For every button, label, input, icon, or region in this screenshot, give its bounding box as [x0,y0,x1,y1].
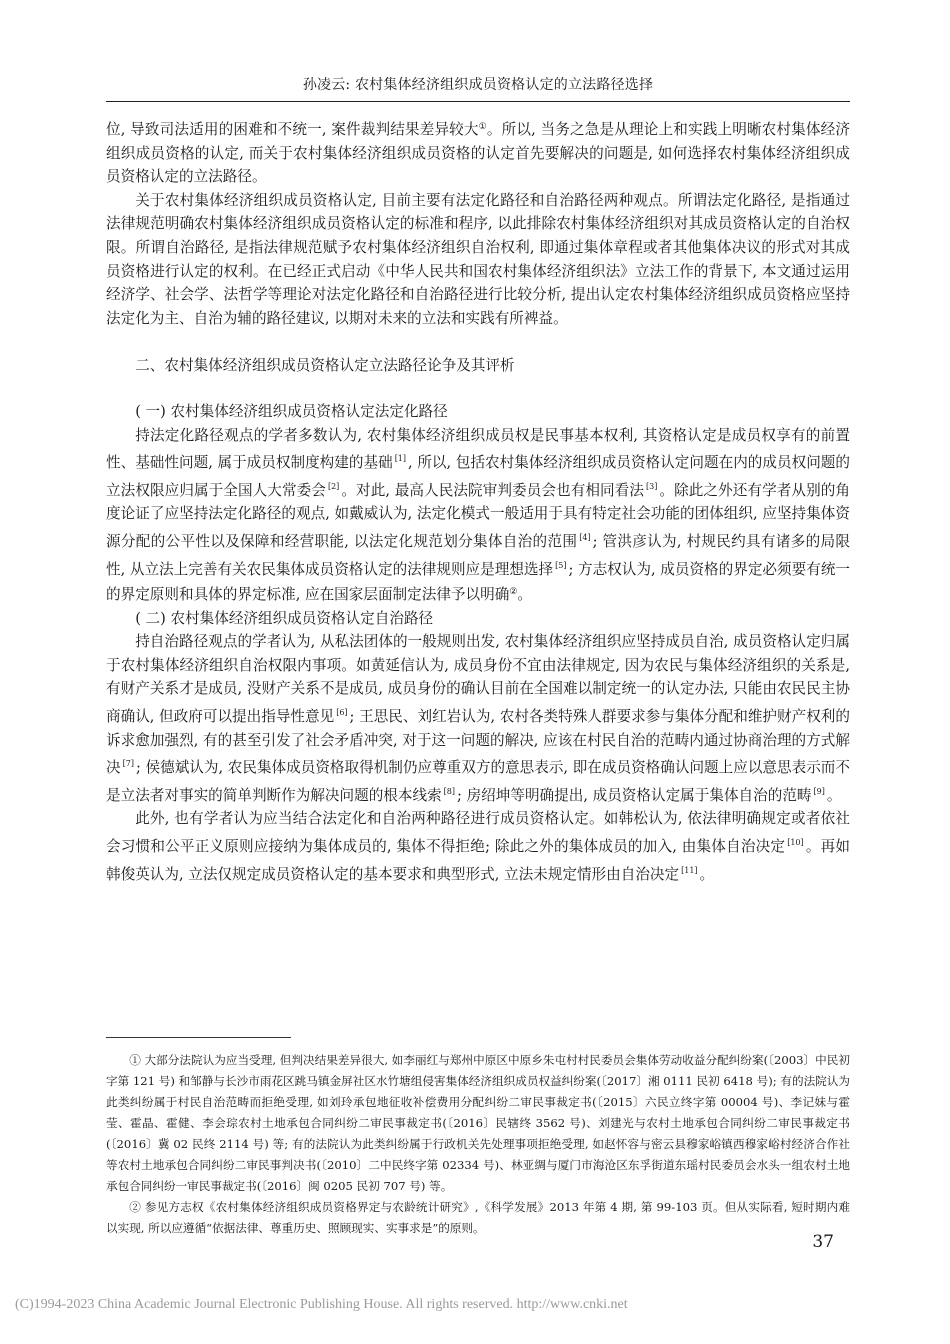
footnotes: ① 大部分法院认为应当受理, 但判决结果差异很大, 如李丽红与郑州中原区中原乡朱… [106,1050,850,1239]
running-title: 孙凌云: 农村集体经济组织成员资格认定的立法路径选择 [106,74,850,94]
citation-ref[interactable]: [10] [785,838,805,847]
page-number: 37 [812,1232,834,1252]
citation-ref[interactable]: [6] [334,708,349,717]
citation-ref[interactable]: [11] [679,866,699,875]
paragraph: 位, 导致司法适用的困难和不统一, 案件裁判结果差异较大①。所以, 当务之急是从… [106,116,850,189]
section-heading: 二、农村集体经济组织成员资格认定立法路径论争及其评析 [106,354,850,378]
text: 此外, 也有学者认为应当结合法定化和自治两种路径进行成员资格认定。如韩松认为, … [106,810,850,855]
paragraph: 关于农村集体经济组织成员资格认定, 目前主要有法定化路径和自治路径两种观点。所谓… [106,189,850,331]
text: 。 [517,586,532,603]
citation-ref[interactable]: [4] [577,533,592,542]
subsection-heading: ( 二) 农村集体经济组织成员资格认定自治路径 [106,607,850,631]
footnote-text: 大部分法院认为应当受理, 但判决结果差异很大, 如李丽红与郑州中原区中原乡朱屯村… [106,1053,850,1193]
text: 。 [700,866,715,883]
citation-ref[interactable]: [9] [812,787,827,796]
subsection-heading: ( 一) 农村集体经济组织成员资格认定法定化路径 [106,400,850,424]
citation-ref[interactable]: [5] [553,561,568,570]
footnote-text: 参见方志权《农村集体经济组织成员资格界定与农龄统计研究》,《科学发展》2013 … [106,1200,850,1235]
citation-ref[interactable]: [2] [326,482,341,491]
header-rule [106,101,850,102]
copyright-notice: (C)1994-2023 China Academic Journal Elec… [15,1297,628,1313]
footnote-rule [106,1037,291,1038]
paragraph: 此外, 也有学者认为应当结合法定化和自治两种路径进行成员资格认定。如韩松认为, … [106,807,850,886]
citation-ref[interactable]: [1] [393,454,408,463]
paragraph: 持自治路径观点的学者认为, 从私法团体的一般规则出发, 农村集体经济组织应坚持成… [106,630,850,807]
text: 。对此, 最高人民法院审判委员会也有相同看法 [341,482,644,499]
text: ; 房绍坤等明确提出, 成员资格认定属于集体自治的范畴 [457,787,812,804]
footnote-marker: ② [129,1200,141,1214]
text: 位, 导致司法适用的困难和不统一, 案件裁判结果差异较大 [106,121,479,138]
citation-ref[interactable]: [7] [121,759,136,768]
text: 。 [827,787,842,804]
footnote-mark[interactable]: ① [479,122,487,132]
citation-ref[interactable]: [3] [644,482,659,491]
article-body: 位, 导致司法适用的困难和不统一, 案件裁判结果差异较大①。所以, 当务之急是从… [106,116,850,886]
footnote: ② 参见方志权《农村集体经济组织成员资格界定与农龄统计研究》,《科学发展》201… [106,1197,850,1239]
paragraph: 持法定化路径观点的学者多数认为, 农村集体经济组织成员权是民事基本权利, 其资格… [106,424,850,607]
footnote-marker: ① [129,1053,141,1067]
citation-ref[interactable]: [8] [442,787,457,796]
footnote: ① 大部分法院认为应当受理, 但判决结果差异很大, 如李丽红与郑州中原区中原乡朱… [106,1050,850,1197]
